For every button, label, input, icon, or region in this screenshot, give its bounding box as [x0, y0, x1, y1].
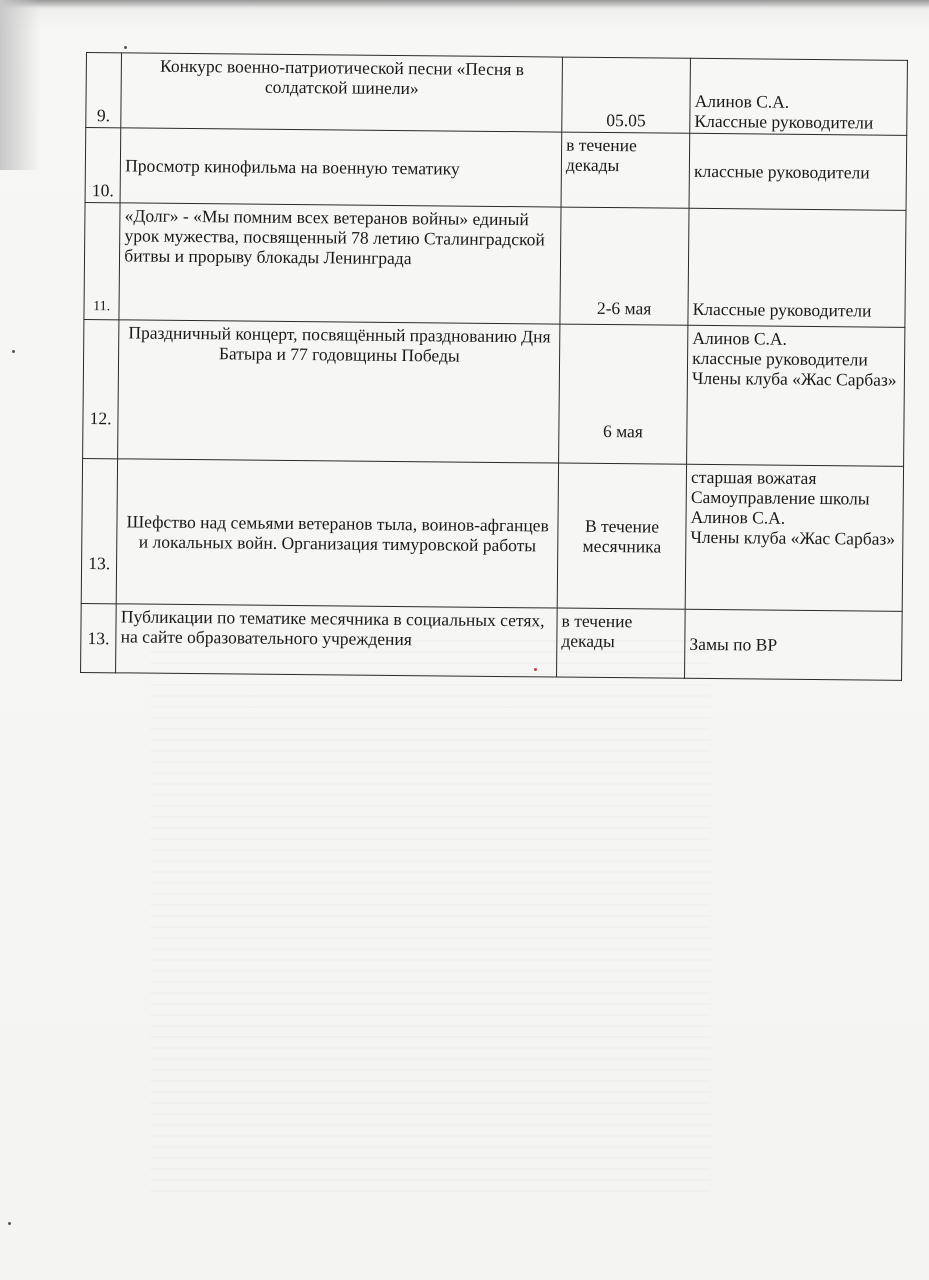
- row-number: 12.: [83, 319, 120, 458]
- responsible-line: Алинов С.А.: [692, 328, 900, 350]
- responsible-line: Самоуправление школы: [691, 487, 899, 509]
- bleed-through-texture: [150, 640, 710, 1200]
- table-row: 13. Шефство над семьями ветеранов тыла, …: [81, 458, 903, 611]
- responsible-cell: Замы по ВР: [685, 609, 903, 680]
- table-row: 10. Просмотр кинофильма на военную темат…: [85, 128, 907, 211]
- event-cell: Праздничный концерт, посвящённый праздно…: [118, 320, 560, 463]
- scan-speck: [124, 46, 127, 49]
- row-number: 9.: [86, 53, 122, 128]
- responsible-line: Классные руководители: [694, 111, 902, 133]
- event-cell: «Долг» - «Мы помним всех ветеранов войны…: [119, 203, 561, 324]
- scan-left-edge: [0, 0, 40, 170]
- responsible-line: старшая вожатая: [691, 467, 899, 489]
- responsible-line: классные руководители: [694, 161, 902, 183]
- date-cell: в течение декады: [557, 608, 686, 678]
- row-number: 13.: [81, 603, 117, 672]
- scan-speck: [534, 668, 537, 671]
- scan-speck: [8, 1222, 11, 1225]
- event-cell: Шефство над семьями ветеранов тыла, воин…: [117, 459, 559, 608]
- responsible-line: классные руководители: [692, 348, 900, 370]
- table-row: 12. Праздничный концерт, посвящённый пра…: [83, 319, 905, 466]
- scan-top-shadow: [0, 0, 929, 8]
- scan-speck: [12, 350, 15, 353]
- date-cell: 6 мая: [559, 324, 688, 464]
- responsible-cell: Алинов С.А. Классные руководители: [690, 58, 908, 135]
- date-cell: 2-6 мая: [560, 207, 689, 325]
- table-row: 11. «Долг» - «Мы помним всех ветеранов в…: [84, 202, 906, 327]
- event-cell: Просмотр кинофильма на военную тематику: [120, 128, 561, 207]
- responsible-line: Алинов С.А.: [691, 507, 899, 529]
- responsible-cell: Классные руководители: [688, 208, 906, 327]
- date-cell: 05.05: [562, 57, 691, 133]
- events-plan-table: 9. Конкурс военно-патриотической песни «…: [80, 52, 908, 681]
- table-row: 13. Публикации по тематике месячника в с…: [81, 603, 903, 680]
- responsible-line: Алинов С.А.: [695, 91, 903, 113]
- responsible-line: Классные руководители: [693, 299, 901, 321]
- responsible-line: Члены клуба «Жас Сарбаз»: [692, 368, 900, 390]
- responsible-line: Замы по ВР: [689, 634, 897, 656]
- responsible-cell: классные руководители: [689, 133, 907, 210]
- row-number: 13.: [81, 458, 118, 603]
- event-cell: Конкурс военно-патриотической песни «Пес…: [121, 53, 562, 132]
- row-number: 10.: [85, 128, 121, 203]
- responsible-cell: Алинов С.А. классные руководители Члены …: [687, 325, 905, 466]
- responsible-cell: старшая вожатая Самоуправление школы Али…: [685, 464, 903, 611]
- date-cell: в течение декады: [561, 132, 690, 208]
- responsible-line: Члены клуба «Жас Сарбаз»: [690, 527, 898, 549]
- scanned-page: 9. Конкурс военно-патриотической песни «…: [0, 0, 929, 1280]
- table-row: 9. Конкурс военно-патриотической песни «…: [86, 53, 908, 136]
- event-cell: Публикации по тематике месячника в социа…: [116, 604, 557, 677]
- row-number: 11.: [84, 202, 120, 319]
- date-cell: В течение месячника: [557, 463, 686, 609]
